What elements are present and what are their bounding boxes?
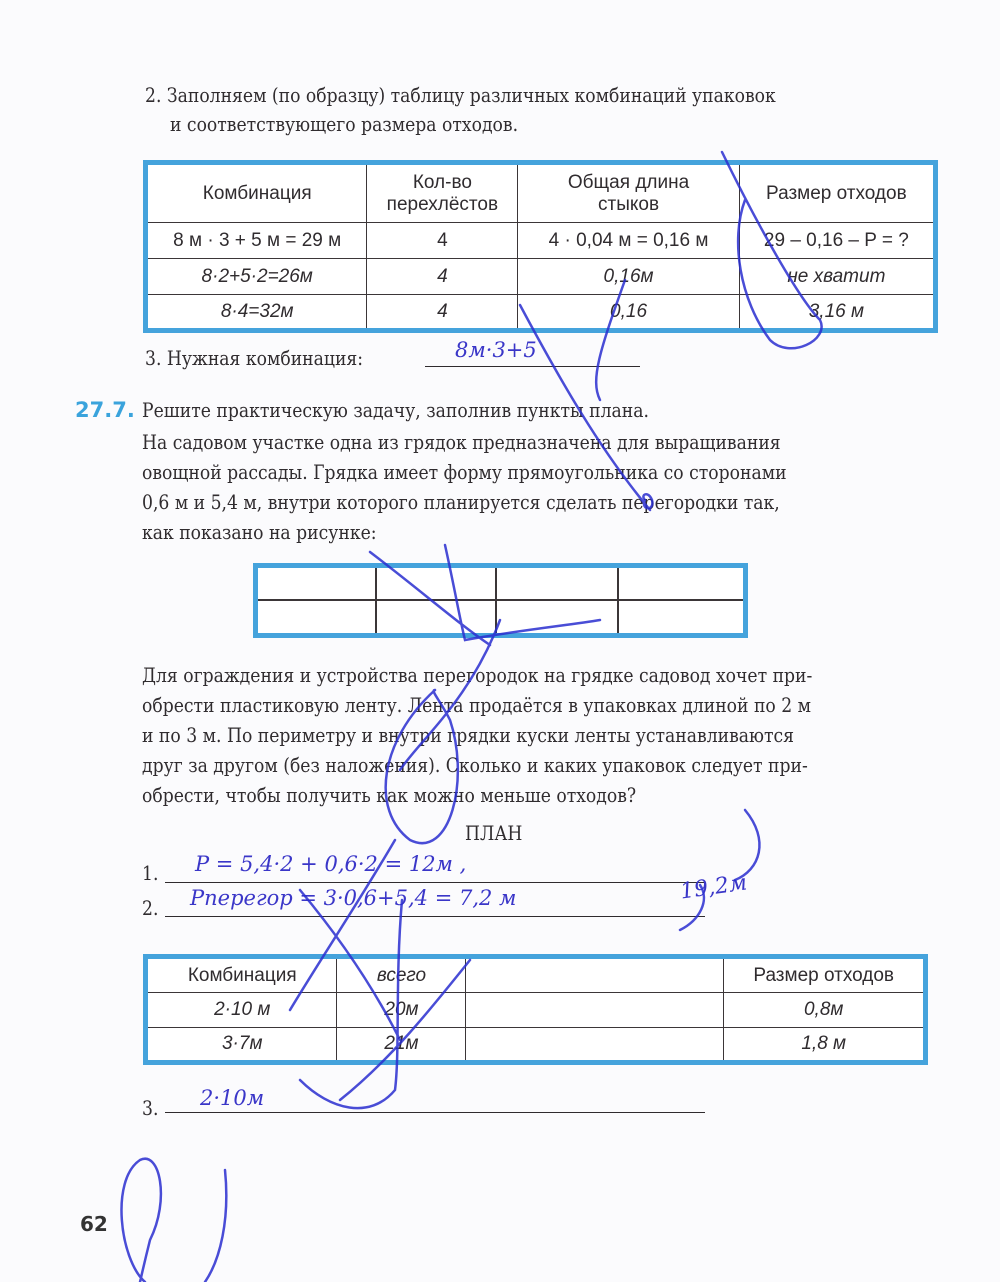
cell-total[interactable]: 20м	[337, 993, 466, 1028]
cell-joints: 4 · 0,04 м = 0,16 м	[518, 223, 739, 259]
plan-answer[interactable]: 2·10м	[200, 1086, 264, 1110]
item3-answer[interactable]: 8м·3+5	[455, 338, 537, 362]
bed-vertical-divider	[617, 568, 619, 633]
cell-combo[interactable]: 3·7м	[146, 1028, 337, 1063]
cell-combo[interactable]: 8·2+5·2=26м	[146, 259, 367, 295]
cell-combo: 8 м · 3 + 5 м = 29 м	[146, 223, 367, 259]
cell-waste[interactable]: не хватит	[739, 259, 935, 295]
plan-answer[interactable]: Pперегор = 3·0,6+5,4 = 7,2 м	[190, 886, 516, 910]
cell-waste[interactable]: 0,8м	[724, 993, 926, 1028]
plan-title: ПЛАН	[465, 818, 522, 849]
cell-waste[interactable]: 1,8 м	[724, 1028, 926, 1063]
cell-overlaps: 4	[367, 223, 518, 259]
header-joints-l2: стыков	[518, 194, 738, 216]
bed-vertical-divider	[495, 568, 497, 633]
cell-overlaps[interactable]: 4	[367, 259, 518, 295]
header-overlaps-l2: перехлёстов	[367, 194, 517, 216]
header-joints-length: Общая длинастыков	[518, 163, 739, 223]
task-title: Решите практическую задачу, заполнив пун…	[142, 395, 649, 426]
table-header-row: Комбинация Кол-воперехлёстов Общая длина…	[146, 163, 936, 223]
header-overlaps: Кол-воперехлёстов	[367, 163, 518, 223]
task-para1-line: На садовом участке одна из грядок предна…	[142, 427, 781, 458]
table-row: 2·10 м 20м 0,8м	[146, 993, 926, 1028]
packaging-combinations-table: Комбинация Кол-воперехлёстов Общая длина…	[143, 160, 938, 333]
plan-total[interactable]: 19,2м	[679, 870, 749, 904]
plan-item-number: 3.	[142, 1093, 158, 1124]
page-number: 62	[80, 1212, 108, 1236]
cell-mid[interactable]	[466, 993, 724, 1028]
task-para2-line: обрести, чтобы получить как можно меньше…	[142, 780, 636, 811]
task-para1-line: овощной рассады. Грядка имеет форму прям…	[142, 457, 787, 488]
cell-combo[interactable]: 8·4=32м	[146, 295, 367, 331]
item3-label: 3. Нужная комбинация:	[145, 343, 363, 374]
tape-packages-table: Комбинация всего Размер отходов 2·10 м 2…	[143, 954, 928, 1065]
cell-joints[interactable]: 0,16	[518, 295, 739, 331]
plan-item-number: 2.	[142, 893, 158, 924]
header-joints-l1: Общая длина	[518, 172, 738, 194]
task-para2-line: друг за другом (без наложения). Сколько …	[142, 750, 808, 781]
task-number: 27.7.	[75, 398, 135, 422]
plan-answer-line[interactable]	[165, 916, 705, 917]
plan-answer-line[interactable]	[165, 882, 705, 883]
table-header-row: Комбинация всего Размер отходов	[146, 957, 926, 993]
plan-answer[interactable]: P = 5,4·2 + 0,6·2 = 12м ,	[195, 852, 466, 876]
header-waste: Размер отходов	[739, 163, 935, 223]
task-para1-line: 0,6 м и 5,4 м, внутри которого планирует…	[142, 487, 780, 518]
garden-bed-diagram	[253, 563, 748, 638]
header-total[interactable]: всего	[337, 957, 466, 993]
header-combination: Комбинация	[146, 957, 337, 993]
cell-total[interactable]: 21м	[337, 1028, 466, 1063]
task-para2-line: и по 3 м. По периметру и внутри грядки к…	[142, 720, 794, 751]
cell-waste: 29 – 0,16 – P = ?	[739, 223, 935, 259]
header-overlaps-l1: Кол-во	[367, 172, 517, 194]
task-para2-line: обрести пластиковую ленту. Лента продаёт…	[142, 690, 811, 721]
header-empty[interactable]	[466, 957, 724, 993]
bed-vertical-divider	[375, 568, 377, 633]
task-para2-line: Для ограждения и устройства перегородок …	[142, 660, 812, 691]
plan-item-number: 1.	[142, 858, 158, 889]
cell-mid[interactable]	[466, 1028, 724, 1063]
header-combination: Комбинация	[146, 163, 367, 223]
cell-overlaps[interactable]: 4	[367, 295, 518, 331]
plan-answer-line[interactable]	[165, 1112, 705, 1113]
task-para1-line: как показано на рисунке:	[142, 517, 377, 548]
bed-horizontal-divider	[258, 599, 743, 601]
cell-joints[interactable]: 0,16м	[518, 259, 739, 295]
table-row: 8 м · 3 + 5 м = 29 м 4 4 · 0,04 м = 0,16…	[146, 223, 936, 259]
item3-answer-line[interactable]	[425, 366, 640, 367]
item2-line2: и соответствующего размера отходов.	[170, 109, 518, 140]
header-waste: Размер отходов	[724, 957, 926, 993]
table-row: 8·4=32м 4 0,16 3,16 м	[146, 295, 936, 331]
item2-line1: 2. Заполняем (по образцу) таблицу различ…	[145, 80, 776, 111]
cell-waste[interactable]: 3,16 м	[739, 295, 935, 331]
table-row: 3·7м 21м 1,8 м	[146, 1028, 926, 1063]
cell-combo[interactable]: 2·10 м	[146, 993, 337, 1028]
table-row: 8·2+5·2=26м 4 0,16м не хватит	[146, 259, 936, 295]
